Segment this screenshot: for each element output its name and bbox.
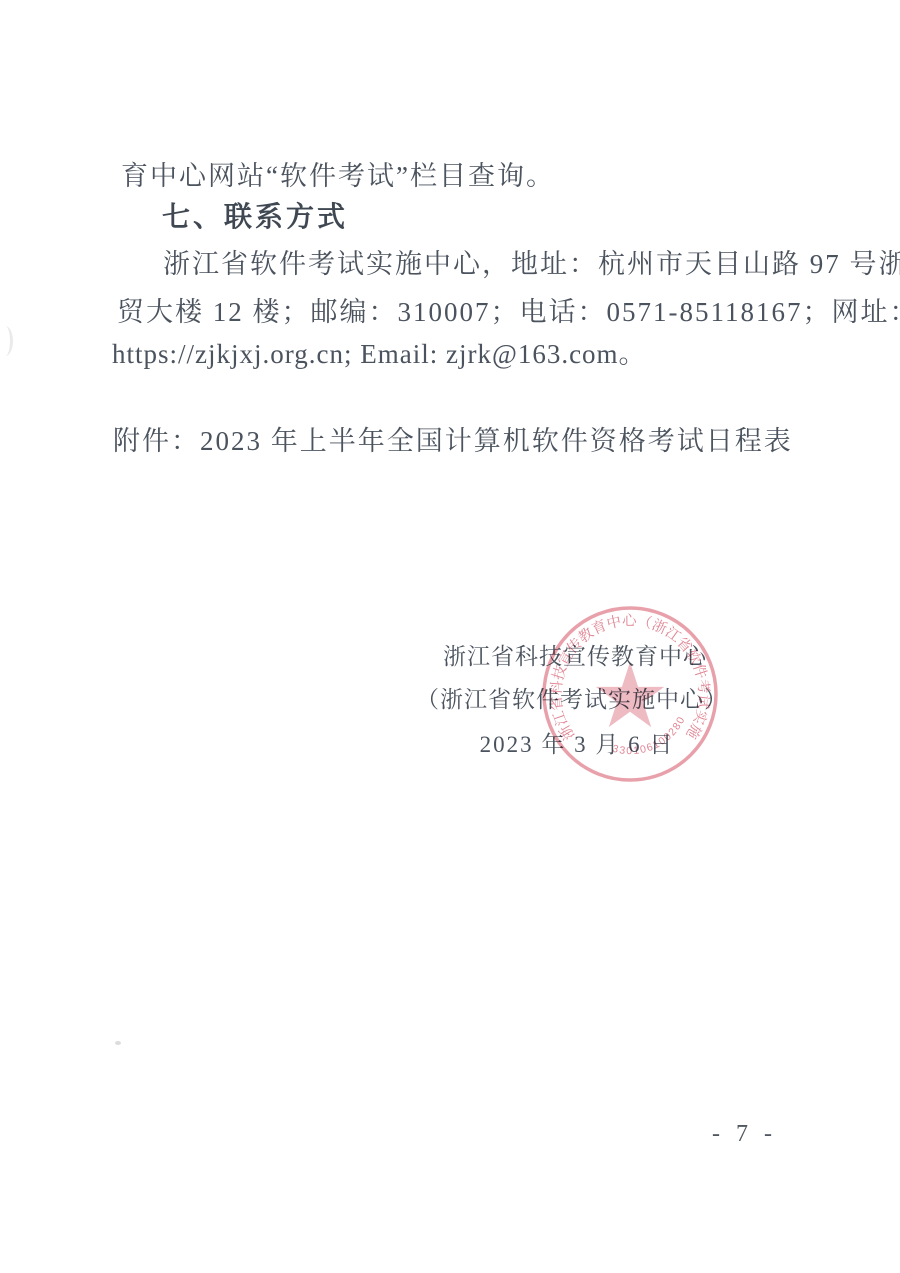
section-heading-contact: 七、联系方式 (162, 203, 348, 231)
attachment-line: 附件：2023 年上半年全国计算机软件资格考试日程表 (113, 428, 793, 455)
signature-date-line: 2023 年 3 月 6 日 (480, 733, 675, 756)
page-number: - 7 - (712, 1122, 777, 1146)
signature-org-line-2: （浙江省软件考试实施中心） (416, 688, 728, 711)
contact-paragraph-line-3: https://zjkjxj.org.cn; Email: zjrk@163.c… (112, 341, 647, 368)
signature-org-line-1: 浙江省科技宣传教育中心 (443, 645, 707, 668)
scan-artifact-left-edge (0, 326, 13, 356)
contact-paragraph-line-2: 贸大楼 12 楼；邮编：310007；电话：0571-85118167；网址： (117, 299, 900, 326)
scan-artifact-dot (115, 1041, 121, 1045)
continuation-line: 育中心网站“软件考试”栏目查询。 (121, 163, 555, 190)
contact-paragraph-line-1: 浙江省软件考试实施中心，地址：杭州市天目山路 97 号浙江科 (163, 251, 900, 278)
document-page: 育中心网站“软件考试”栏目查询。 七、联系方式 浙江省软件考试实施中心，地址：杭… (0, 0, 900, 1273)
seal-ring-text: 浙江省科技宣传教育中心（浙江省软件考试实施中心） (548, 612, 713, 743)
